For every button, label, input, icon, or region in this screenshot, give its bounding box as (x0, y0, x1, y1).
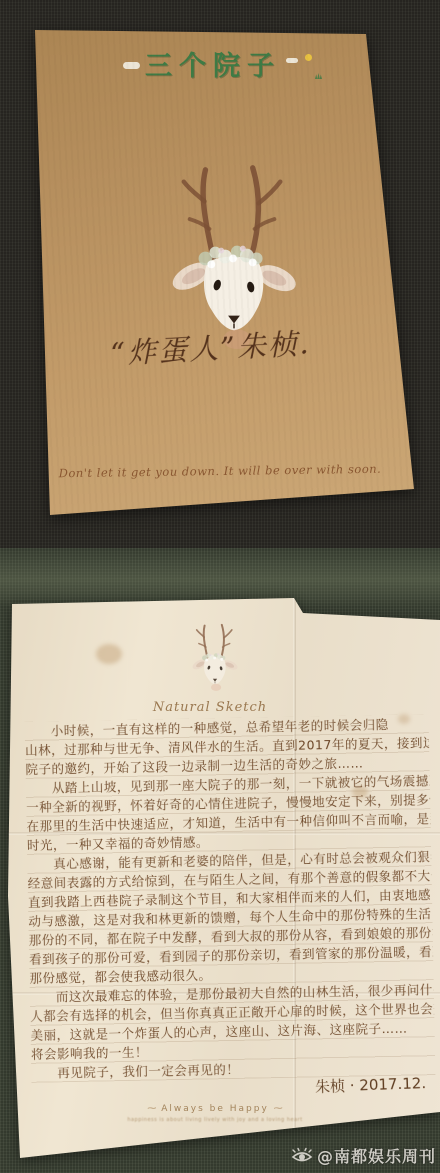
sun-icon (305, 54, 312, 61)
letter-footer-text: Always be Happy (161, 1104, 269, 1114)
letter-footer-subtext: happiness is about living lively with jo… (0, 1117, 430, 1123)
handwritten-letter: Natural Sketch 小时候，一直有这样的一种感觉，总希望年老的时候会归… (0, 596, 440, 1162)
kraft-envelope: 三个院子 “炸蛋人”朱桢． Don't let it get you down.… (0, 28, 440, 520)
flourish-left: ⁓ (147, 1104, 156, 1114)
grass-icon (315, 73, 322, 79)
show-logo: 三个院子 (0, 44, 440, 83)
envelope-paper: 三个院子 “炸蛋人”朱桢． Don't let it get you down.… (0, 28, 440, 520)
letter-footer: ⁓ Always be Happy ⁓ (0, 1104, 430, 1114)
weibo-eye-icon (291, 1147, 313, 1165)
signature-and-date: 朱桢 · 2017.12. (315, 1072, 427, 1097)
show-logo-text: 三个院子 (145, 51, 281, 82)
envelope-tagline: Don't let it get you down. It will be ov… (0, 461, 440, 481)
letterhead-deer-illustration (183, 622, 247, 692)
deer-with-flower-crown-illustration (146, 160, 322, 352)
cloud-icon (286, 58, 298, 63)
letterhead-title: Natural Sketch (0, 700, 420, 715)
handwritten-body: 小时候，一直有这样的一种感觉，总希望年老的时候会归隐 山林，过那种与世无争、清风… (25, 714, 436, 1083)
paper-stain (96, 644, 122, 664)
flourish-right: ⁓ (274, 1104, 283, 1114)
letter-paper: Natural Sketch 小时候，一直有这样的一种感觉，总希望年老的时候会归… (0, 596, 440, 1162)
cloud-icon (123, 62, 140, 69)
watermark-text: @南都娱乐周刊 (317, 1144, 436, 1167)
weibo-watermark: @南都娱乐周刊 (291, 1144, 436, 1167)
photo-of-letter-and-envelope: 三个院子 “炸蛋人”朱桢． Don't let it get you down.… (0, 0, 440, 1173)
handwritten-inscription: “炸蛋人”朱桢． (0, 315, 440, 379)
